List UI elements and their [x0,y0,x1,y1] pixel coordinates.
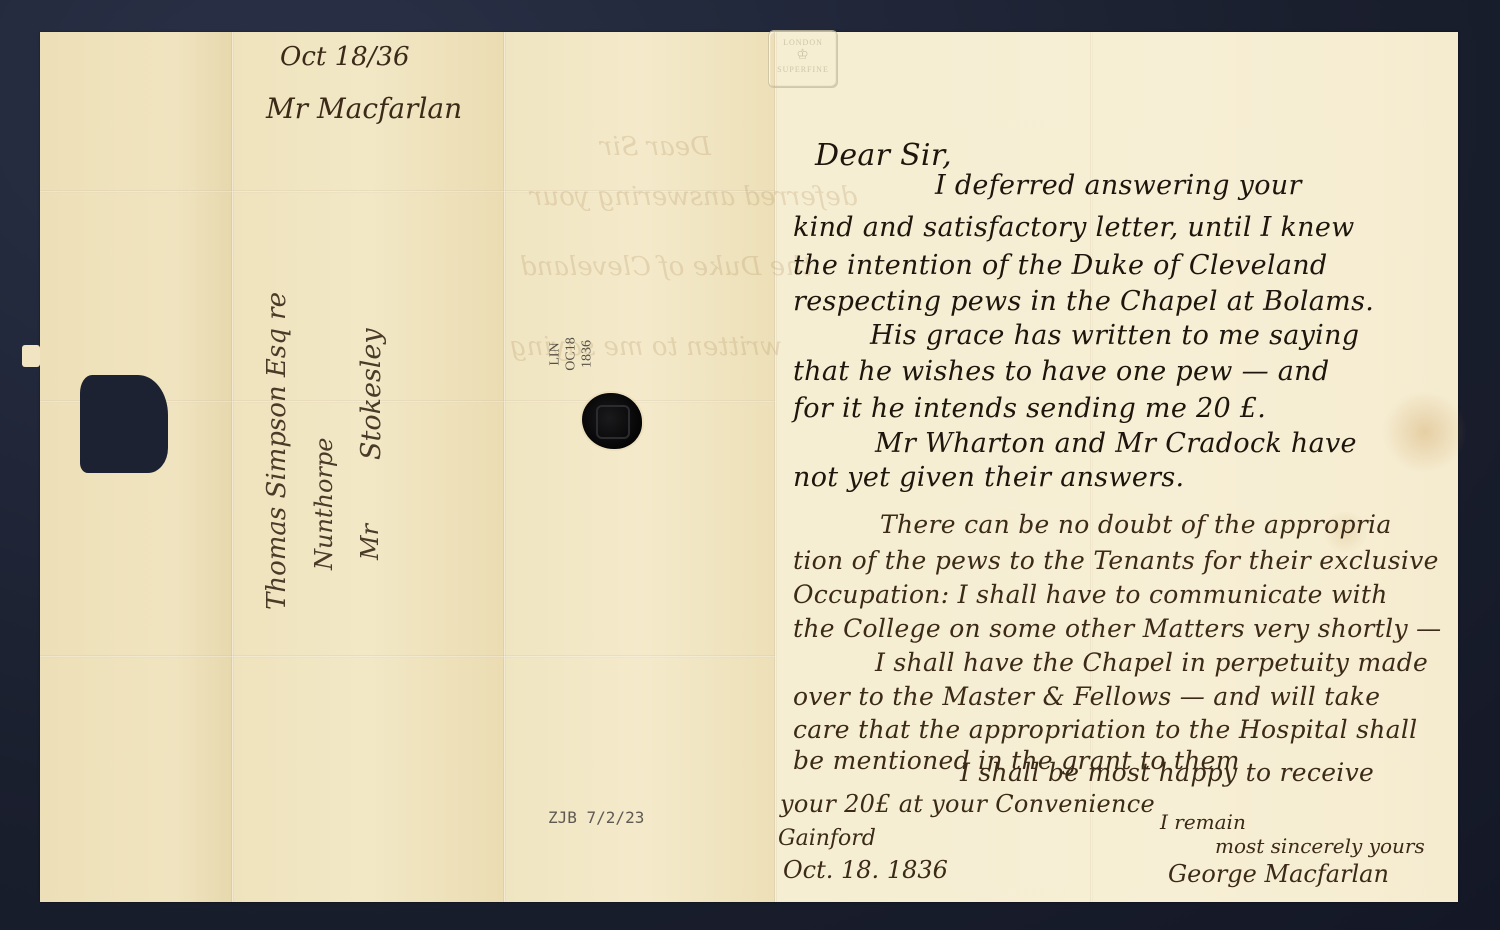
letter-line: kind and satisfactory letter, until I kn… [793,212,1355,243]
letter-line: care that the appropriation to the Hospi… [793,715,1417,744]
postmark-year: 1836 [580,337,596,370]
docket-name: Mr Macfarlan [266,92,462,125]
postmark-stamp: LIN OC18 1836 [548,337,596,370]
address-prefix: Mr [356,524,384,560]
fold-line [231,32,234,902]
postmark-date: OC18 [564,337,580,370]
bleed-through-text: Dear Sir [600,132,711,162]
letter-date: Oct. 18. 1836 [783,856,948,884]
postmark-line: LIN [548,337,564,370]
address-name: Thomas Simpson Esq re [262,292,292,610]
letter-line: His grace has written to me saying [870,320,1359,351]
letter-line: the College on some other Matters very s… [793,614,1441,643]
emboss-text: SUPERFINE [769,64,837,75]
letter-line: There can be no doubt of the appropria [880,510,1392,539]
letter-line: I shall be most happy to receive [960,758,1374,787]
letter-line: Mr Wharton and Mr Cradock have [875,428,1357,459]
letter-line: your 20£ at your Convenience [780,790,1155,818]
wax-seal [582,393,642,449]
docket-date: Oct 18/36 [280,42,410,72]
letter-line: respecting pews in the Chapel at Bolams. [793,286,1374,317]
crown-icon: ♔ [769,48,837,64]
letter-line: over to the Master & Fellows — and will … [793,682,1380,711]
address-town: Nunthorpe [310,437,338,570]
letter-line: that he wishes to have one pew — and [793,356,1329,387]
closing-sincerely: most sincerely yours [1215,834,1425,858]
closing-remain: I remain [1160,810,1246,834]
bleed-through-text: deferred answering your [530,182,857,212]
letter-line: not yet given their answers. [793,462,1184,493]
paper-emboss-stamp: LONDON ♔ SUPERFINE [768,30,838,88]
salutation: Dear Sir, [815,138,952,173]
letter-line: I deferred answering your [935,170,1302,201]
fold-line [774,32,777,902]
fold-line [40,655,775,658]
letter-line: for it he intends sending me 20 £. [793,393,1266,424]
archive-reference: ZJB 7/2/23 [548,808,644,827]
letter-line: Occupation: I shall have to communicate … [793,580,1388,609]
letter-line: tion of the pews to the Tenants for thei… [793,546,1439,575]
foxing-stain [1380,392,1470,472]
torn-hole [80,375,168,473]
emboss-text: LONDON [769,37,837,48]
signature: George Macfarlan [1168,860,1389,888]
torn-paper-fragment [22,345,40,367]
seal-panel [504,32,775,902]
letter-place: Gainford [778,826,876,851]
letter-line: the intention of the Duke of Cleveland [793,250,1328,281]
letter-line: I shall have the Chapel in perpetuity ma… [875,648,1428,677]
fold-line [503,32,506,902]
bleed-through-text: the Duke of Cleveland [520,252,812,282]
address-county-town: Stokesley [356,328,387,460]
